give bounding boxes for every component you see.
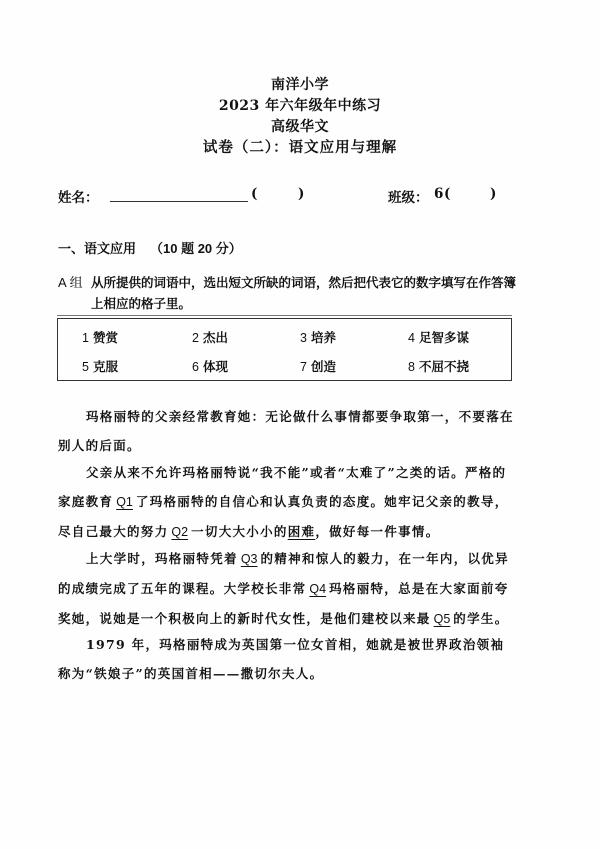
section-score: （10 题 20 分）	[150, 241, 242, 256]
blank-q1: Q1	[113, 495, 136, 509]
class-value: 6	[434, 186, 443, 202]
word-option: 5克服	[82, 357, 118, 375]
index-paren-open: (	[251, 186, 257, 202]
word-option: 1赞赏	[82, 328, 118, 346]
class-paren-open: (	[444, 186, 450, 202]
class-paren-close: )	[490, 186, 496, 202]
section-title: 一、语文应用	[58, 242, 136, 257]
word-option: 2杰出	[192, 328, 228, 346]
name-field-line[interactable]	[110, 201, 248, 202]
class-label: 班级：	[388, 186, 429, 206]
passage-paragraph-4: 1979 年，玛格丽特成为英国第一位女首相，她就是被世界政治领袖称为“铁娘子”的…	[58, 630, 518, 688]
passage-paragraph-3: 上大学时，玛格丽特凭着Q3的精神和惊人的毅力，在一年内，以优异的成绩完成了五年的…	[58, 544, 518, 634]
group-label: A 组	[58, 272, 83, 293]
word-bank-box: 1赞赏 2杰出 3培养 4足智多谋 5克服 6体现 7创造 8不屈不挠	[57, 318, 512, 381]
paper-title: 试卷（二）：语文应用与理解	[0, 139, 600, 157]
student-info-row: 姓名： ( ) 班级： 6 ( )	[58, 186, 518, 206]
word-option: 7创造	[300, 357, 336, 375]
school-name: 南洋小学	[0, 76, 600, 94]
section-heading: 一、语文应用（10 题 20 分）	[58, 238, 242, 257]
exam-title: 2023 年六年级年中练习	[0, 97, 600, 115]
exam-page: 南洋小学 2023 年六年级年中练习 高级华文 试卷（二）：语文应用与理解 姓名…	[0, 0, 600, 849]
word-option: 8不屈不挠	[408, 357, 469, 375]
blank-q5: Q5	[431, 612, 454, 626]
underlined-word: 困难	[288, 524, 316, 539]
word-option: 3培养	[300, 328, 336, 346]
name-label: 姓名：	[58, 186, 99, 206]
blank-q2: Q2	[168, 525, 191, 539]
blank-q4: Q4	[306, 582, 329, 596]
word-option: 4足智多谋	[408, 328, 469, 346]
blank-q3: Q3	[238, 552, 261, 566]
subject-title: 高级华文	[0, 118, 600, 136]
passage-paragraph-2: 父亲从来不允许玛格丽特说“我不能”或者“太难了”之类的话。严格的家庭教育Q1了玛…	[58, 458, 518, 547]
word-option: 6体现	[192, 357, 228, 375]
index-paren-close: )	[298, 186, 304, 202]
passage-paragraph-1: 玛格丽特的父亲经常教育她：无论做什么事情都要争取第一，不要落在别人的后面。	[58, 402, 518, 460]
instruction-text: 从所提供的词语中，选出短文所缺的词语，然后把代表它的数字填写在作答簿上相应的格子…	[91, 272, 521, 314]
